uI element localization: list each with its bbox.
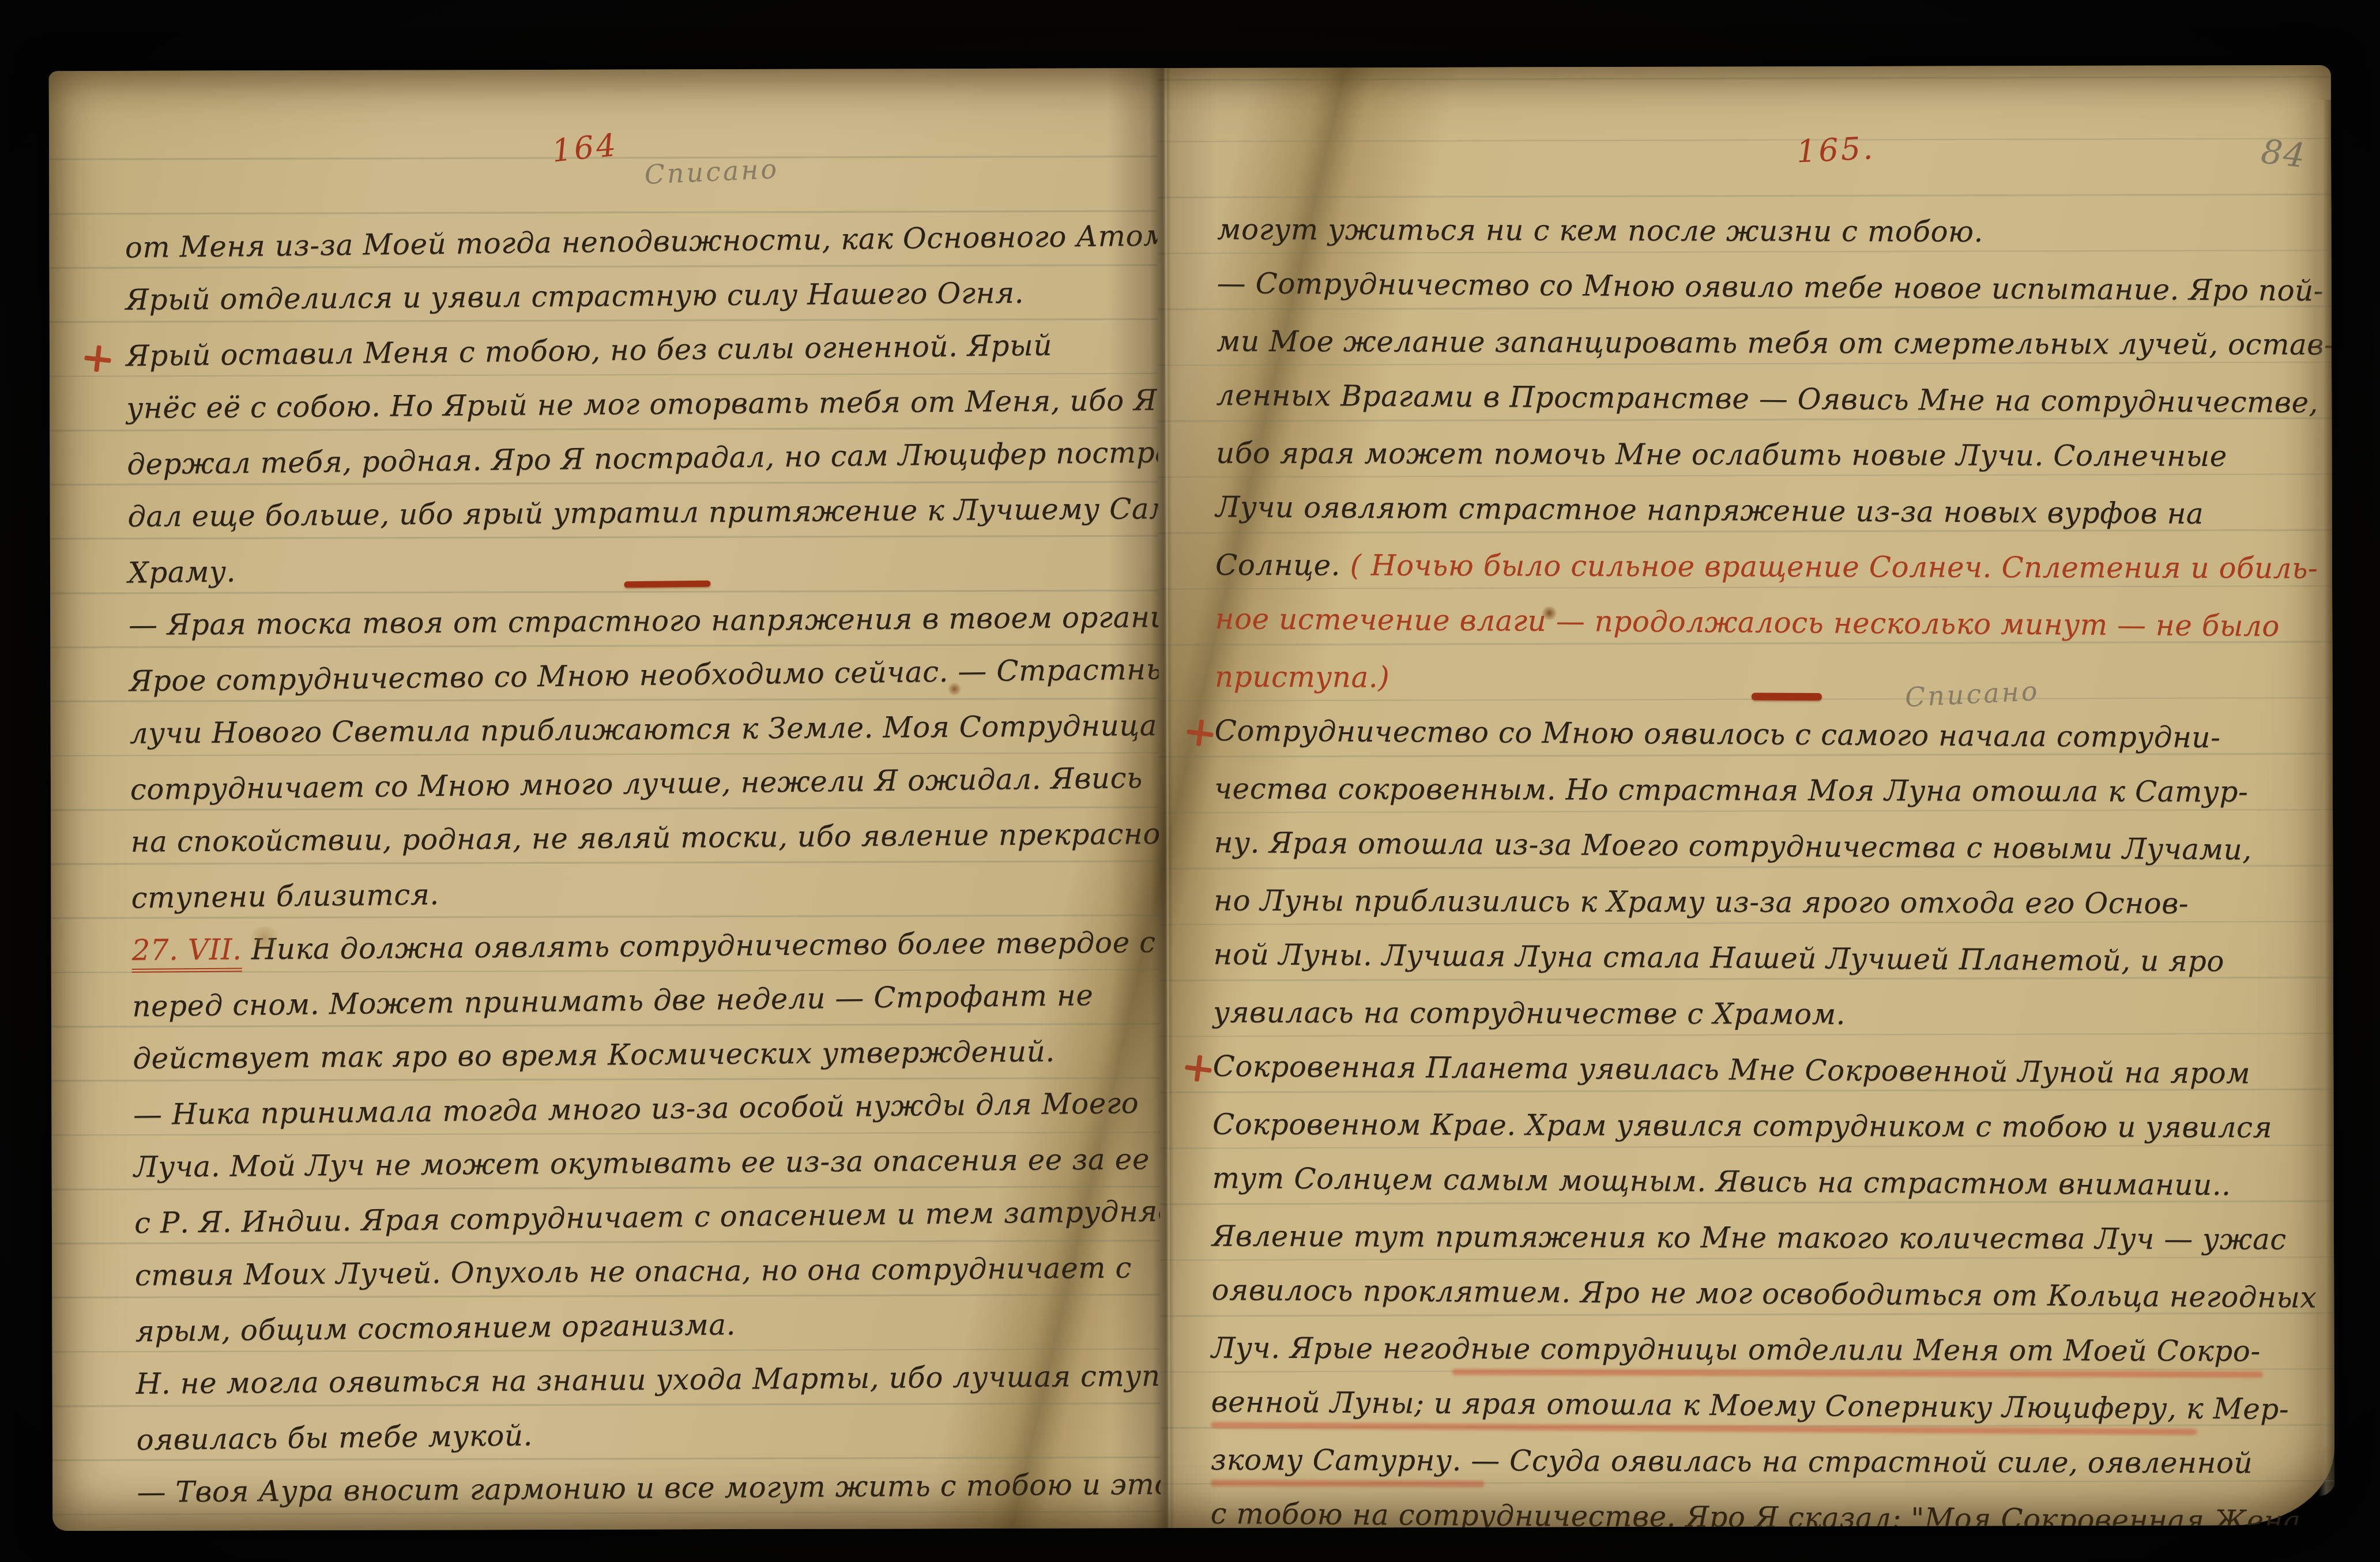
pencil-note: Списано [1904, 675, 2040, 713]
line-segment: действует так яро во время Космических у… [133, 1034, 1055, 1075]
red-section-divider [1752, 693, 1822, 701]
manuscript-line: Ярое сотрудничество со Мною необходимо с… [129, 654, 1142, 719]
line-segment: с тобою на сотрудничестве. Яро Я сказал:… [1210, 1497, 2300, 1528]
line-segment: тут Солнцем самым мощным. Явись на страс… [1212, 1161, 2231, 1202]
left-page-lines: от Меня из-за Моей тогда неподвижности, … [123, 68, 1150, 1531]
manuscript-line: ми Мое желание запанцировать тебя от сме… [1217, 326, 2312, 382]
line-segment: ну. Ярая отошла из-за Моего сотрудничест… [1214, 826, 2252, 867]
red-plus-mark [1185, 718, 1215, 748]
line-segment: ной Луны. Лучшая Луна стала Нашей Лучшей… [1213, 938, 2224, 978]
manuscript-line: дал еще больше, ибо ярый утратил притяже… [127, 493, 1140, 554]
manuscript-line: венной Луны; и ярая отошла к Моему Сопер… [1211, 1386, 2307, 1447]
manuscript-line: зкому Сатурну. — Ссуда оявилась на страс… [1211, 1444, 2306, 1501]
manuscript-line: ступени близится. [131, 871, 1144, 936]
line-segment: приступа.) [1215, 660, 1389, 694]
red-plus-mark [1184, 1053, 1214, 1083]
manuscript-line: Сотрудничество со Мною оявилось с самого… [1214, 715, 2310, 776]
manuscript-line: тут Солнцем самым мощным. Явись на страс… [1212, 1162, 2308, 1223]
line-segment: Солнце. [1215, 548, 1350, 582]
right-page-lines: могут ужиться ни с кем после жизни с тоб… [1210, 65, 2313, 1528]
manuscript-line: унёс её с собою. Но Ярый не мог оторвать… [126, 385, 1139, 446]
manuscript-line: ярым, общим состоянием организма. [135, 1304, 1148, 1369]
line-segment: — Сотрудничество со Мною оявило тебе нов… [1217, 266, 2323, 307]
line-segment: Сотрудничество со Мною оявилось с самого… [1214, 714, 2220, 754]
line-segment: от Меня из-за Моей тогда неподвижности, … [125, 219, 1161, 265]
manuscript-line: ное истечение влаги — продолжалось неско… [1215, 603, 2311, 664]
manuscript-line: ну. Ярая отошла из-за Моего сотрудничест… [1214, 827, 2310, 887]
line-segment: Луч. Ярые негодные сотрудницы отделили М… [1211, 1331, 2261, 1368]
manuscript-line: Сокровенном Крае. Храм уявился сотрудник… [1212, 1109, 2308, 1165]
page-right: 165. 84 могут ужиться ни с кем после жиз… [1157, 65, 2335, 1528]
manuscript-line: ибо ярая может помочь Мне ослабить новые… [1216, 438, 2311, 494]
line-segment: Храму. [128, 555, 236, 589]
line-segment: ярым, общим состоянием организма. [135, 1308, 736, 1348]
line-segment: Лучи оявляют страстное напряжение из-за … [1215, 490, 2204, 530]
line-segment: ми Мое желание запанцировать тебя от сме… [1217, 325, 2334, 362]
red-underline [1211, 1480, 1485, 1487]
line-segment: но Луны приблизились к Храму из-за ярого… [1214, 884, 2189, 920]
manuscript-line: Храму. [128, 545, 1141, 611]
line-segment: Сокровенная Планета уявилась Мне Сокрове… [1212, 1049, 2250, 1090]
line-segment: оявилась бы тебе мукой. [136, 1418, 533, 1456]
line-segment: Сокровенном Крае. Храм уявился сотрудник… [1212, 1108, 2272, 1145]
manuscript-line: ствия Моих Лучей. Опухоль не опасна, но … [135, 1252, 1148, 1313]
page-left: 164 Списано от Меня из-за Моей тогда неп… [49, 68, 1161, 1531]
line-segment: ное истечение влаги — продолжалось неско… [1215, 602, 2280, 643]
manuscript-line: — Твоя Аура вносит гармонию и все могут … [137, 1469, 1150, 1530]
line-segment: чества сокровенным. Но страстная Моя Лун… [1214, 772, 2249, 809]
manuscript-line: Явление тут притяжения ко Мне такого кол… [1212, 1221, 2307, 1277]
line-segment: ступени близится. [131, 878, 439, 914]
manuscript-line: лучи Нового Светила приближаются к Земле… [130, 710, 1143, 771]
line-segment: ствия Моих Лучей. Опухоль не опасна, но … [135, 1251, 1132, 1292]
manuscript-line: Сокровенная Планета уявилась Мне Сокрове… [1212, 1051, 2309, 1111]
line-segment: венной Луны; и ярая отошла к Моему Сопер… [1211, 1385, 2289, 1426]
line-segment: ибо ярая может помочь Мне ослабить новые… [1216, 436, 2227, 473]
manuscript-line: действует так яро во время Космических у… [133, 1035, 1146, 1096]
line-segment: могут ужиться ни с кем после жизни с тоб… [1217, 213, 1983, 249]
manuscript-line: но Луны приблизились к Храму из-за ярого… [1214, 885, 2309, 942]
manuscript-line: Солнце. ( Ночью было сильное вращение Со… [1215, 549, 2311, 606]
manuscript-line: уявилась на сотрудничестве с Храмом. [1213, 997, 2309, 1053]
line-segment: зкому Сатурну. — Ссуда оявилась на страс… [1211, 1443, 2253, 1480]
manuscript-line: сотрудничает со Мною много лучше, нежели… [130, 762, 1143, 827]
manuscript-line: с Р. Я. Индии. Ярая сотрудничает с опасе… [134, 1196, 1147, 1261]
manuscript-line: ной Луны. Лучшая Луна стала Нашей Лучшей… [1213, 939, 2309, 999]
manuscript-line: Лучи оявляют страстное напряжение из-за … [1215, 491, 2311, 552]
manuscript-line: чества сокровенным. Но страстная Моя Лун… [1214, 773, 2310, 830]
manuscript-line: — Сотрудничество со Мною оявило тебе нов… [1217, 268, 2313, 328]
manuscript-line: 27. VII. Ника должна оявлять сотрудничес… [131, 927, 1144, 988]
manuscript-line: могут ужиться ни с кем после жизни с тоб… [1217, 214, 2313, 270]
line-segment: Явление тут притяжения ко Мне такого кол… [1212, 1220, 2287, 1256]
manuscript-line: ленных Врагами в Пространстве — Оявись М… [1216, 379, 2312, 440]
manuscript-line: приступа.)Списано [1215, 661, 2310, 718]
line-segment: уявилась на сотрудничестве с Храмом. [1213, 996, 1846, 1031]
manuscript-line: оявилось проклятием. Яро не мог освободи… [1211, 1274, 2307, 1335]
line-segment: оявилось проклятием. Яро не мог освободи… [1211, 1273, 2317, 1314]
manuscript-line: — Ярая тоска твоя от страстного напряжен… [129, 601, 1142, 663]
manuscript-line: с тобою на сотрудничестве. Яро Я сказал:… [1210, 1498, 2306, 1528]
line-segment: ( Ночью было сильное вращение Солнеч. Сп… [1350, 548, 2318, 585]
manuscript-line: Н. не могла оявиться на знании ухода Мар… [136, 1360, 1149, 1421]
line-segment: ленных Врагами в Пространстве — Оявись М… [1216, 378, 2318, 419]
manuscript-line: Ярый оставил Меня с тобою, но без силы о… [126, 329, 1139, 394]
red-plus-mark [83, 344, 112, 374]
manuscript-spread: 164 Списано от Меня из-за Моей тогда неп… [49, 65, 2335, 1531]
line-segment: Ярый отделился и уявил страстную силу На… [125, 276, 1024, 317]
manuscript-line: Луча. Мой Луч не может окутывать ее из-з… [134, 1143, 1147, 1205]
manuscript-line: оявилась бы тебе мукой. [136, 1413, 1149, 1478]
red-section-divider [624, 581, 711, 588]
manuscript-line: от Меня из-за Моей тогда неподвижности, … [125, 220, 1138, 285]
red-underline [1452, 1369, 2263, 1377]
manuscript-line: на спокойствии, родная, не являй тоски, … [130, 818, 1143, 879]
manuscript-line: держал тебя, родная. Яро Я пострадал, но… [127, 437, 1140, 502]
line-segment: 27. VII. [131, 933, 242, 973]
manuscript-line: Ярый отделился и уявил страстную силу На… [125, 276, 1138, 337]
scan-background: 164 Списано от Меня из-за Моей тогда неп… [0, 0, 2380, 1562]
manuscript-line: Луч. Ярые негодные сотрудницы отделили М… [1211, 1333, 2307, 1389]
manuscript-line: перед сном. Может принимать две недели —… [132, 979, 1145, 1044]
manuscript-line: — Ника принимала тогда много из-за особо… [133, 1087, 1146, 1153]
